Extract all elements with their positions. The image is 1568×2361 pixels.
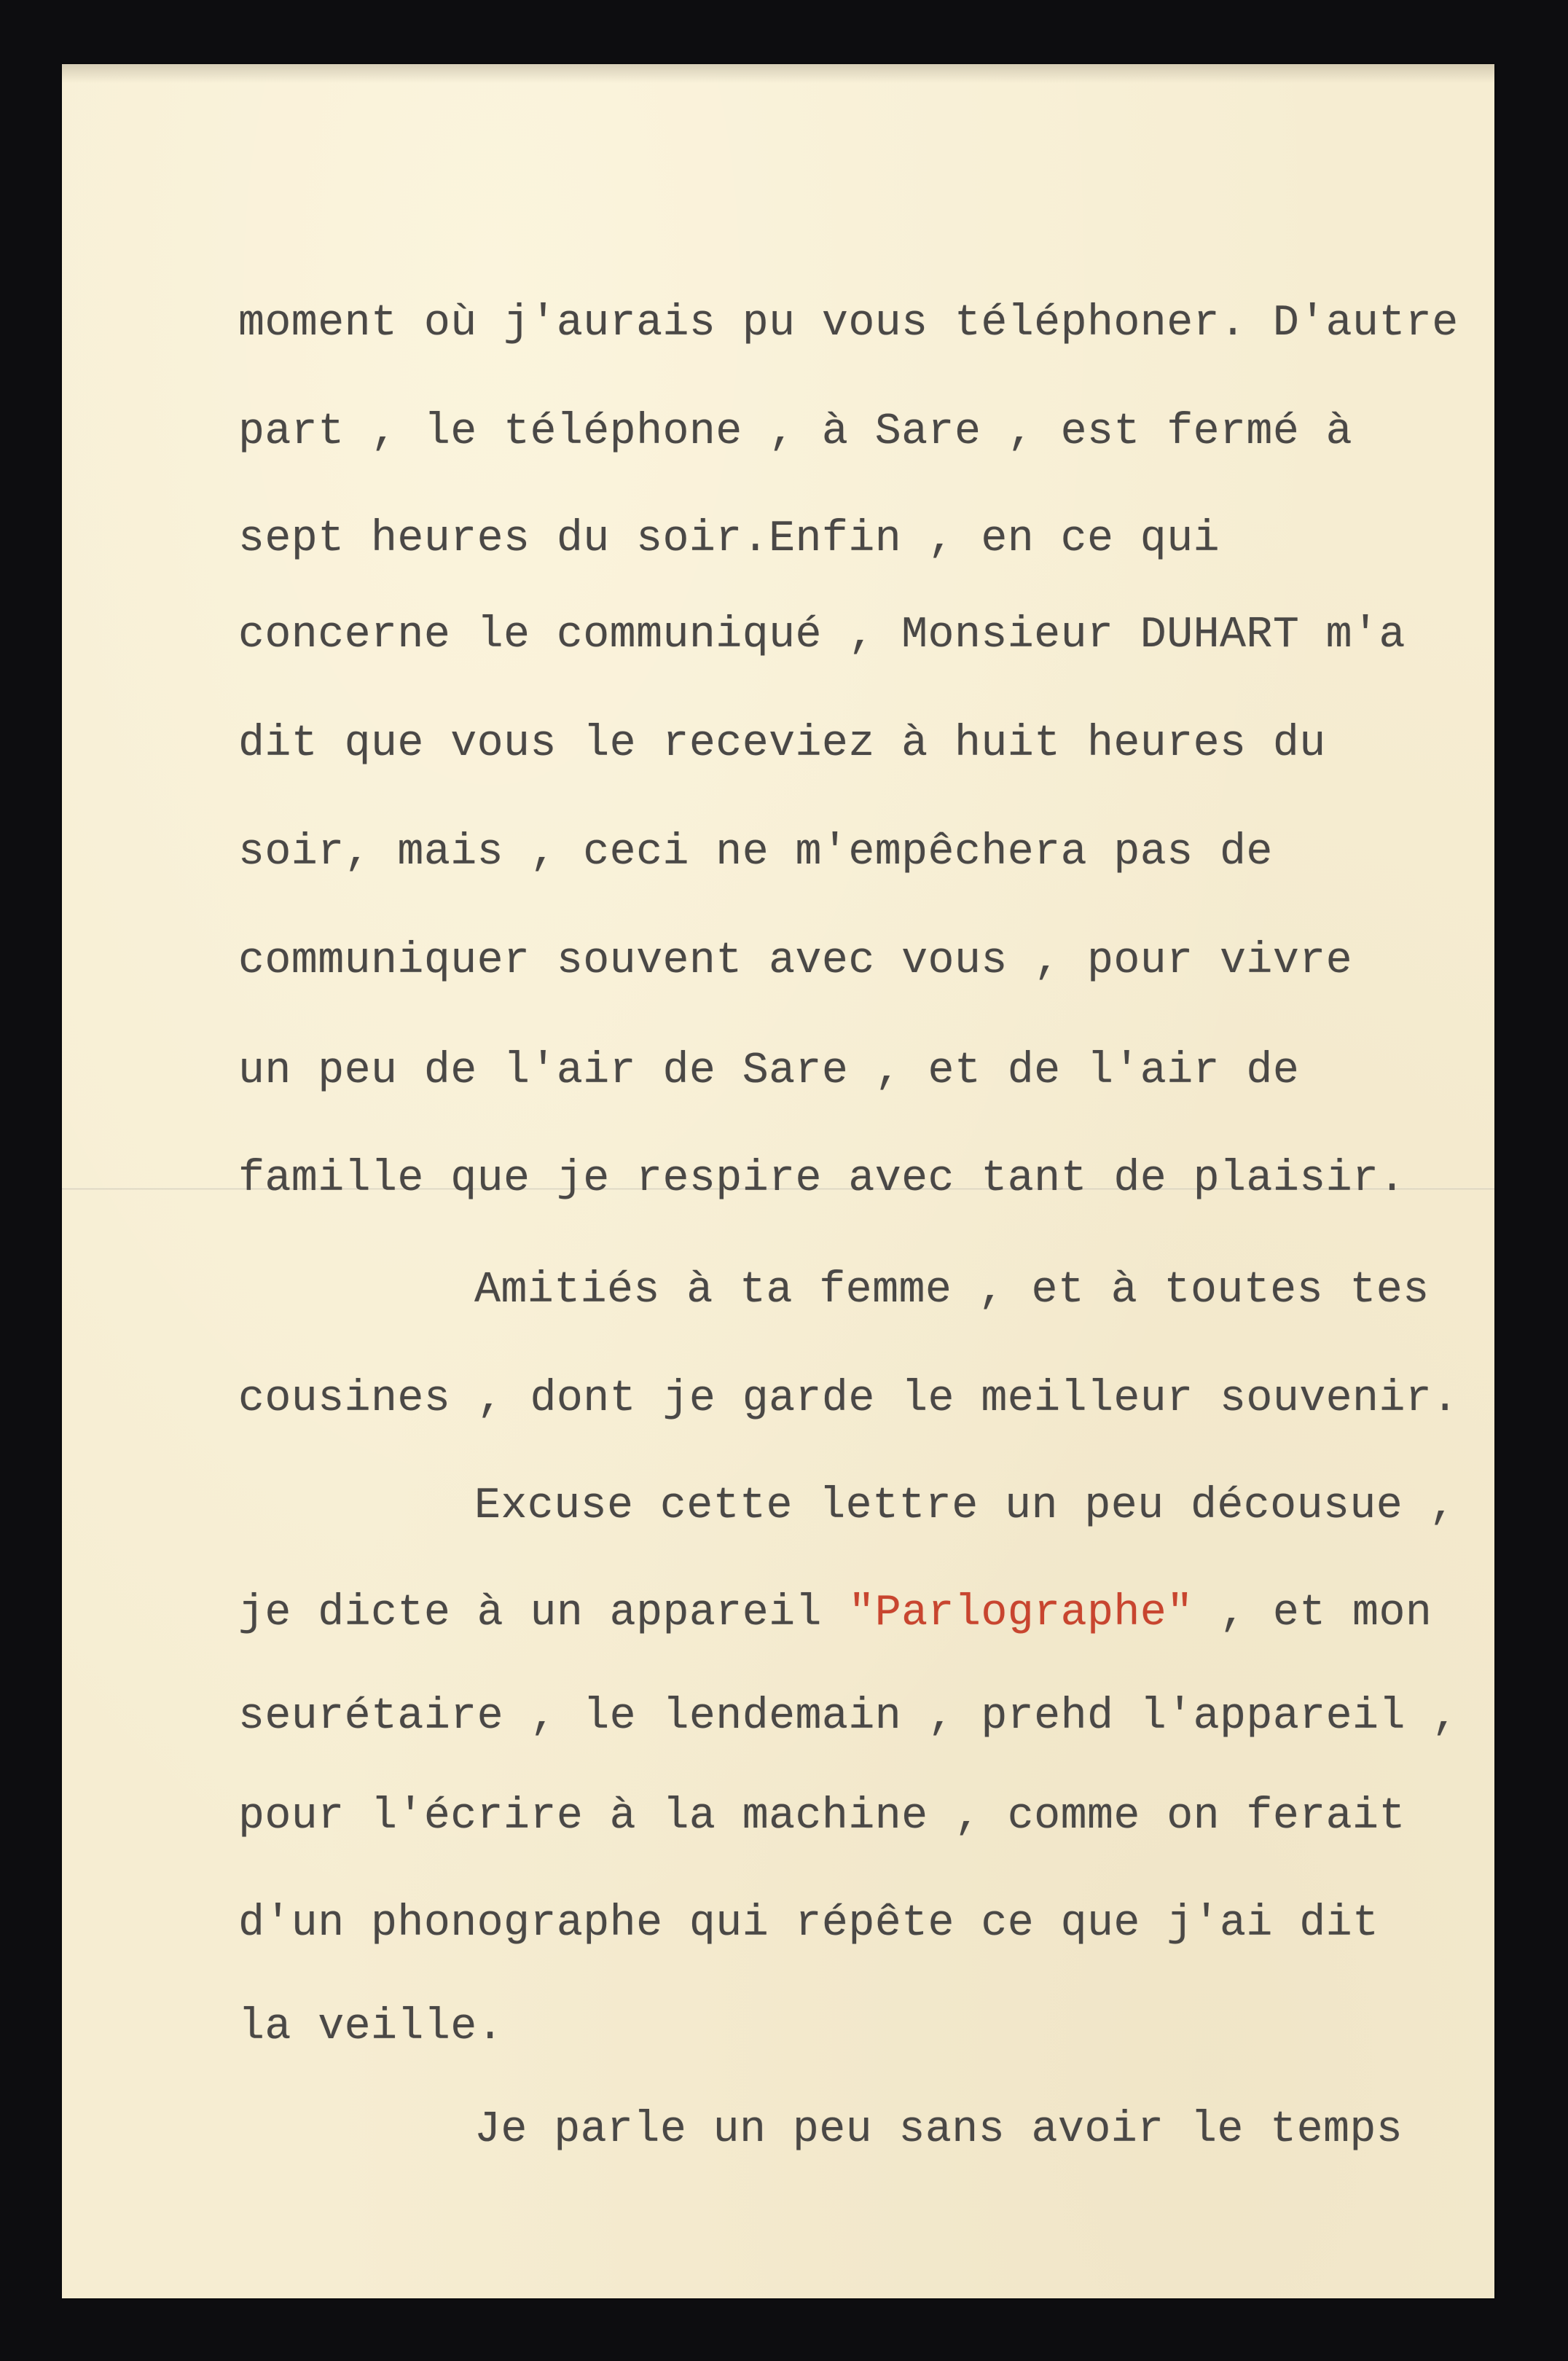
letter-line-5: dit que vous le receviez à huit heures d… [238,711,1326,777]
letter-line-17: la veille. [238,1994,503,2060]
letter-line-12: Excuse cette lettre un peu décousue , [474,1473,1456,1539]
letter-line-4: concerne le communiqué , Monsieur DUHART… [238,603,1406,668]
letter-line-3: sept heures du soir.Enfin , en ce qui [238,506,1220,572]
paper-top-edge-soiling [62,64,1494,83]
letter-line-13-after: , et mon [1193,1589,1432,1638]
letter-line-10: Amitiés à ta femme , et à toutes tes [474,1258,1430,1323]
letter-line-7: communiquer souvent avec vous , pour viv… [238,928,1352,994]
letter-page: moment où j'aurais pu vous téléphoner. D… [62,64,1494,2298]
letter-line-13: je dicte à un appareil "Parlographe" , e… [238,1581,1432,1646]
letter-line-11: cousines , dont je garde le meilleur sou… [238,1366,1459,1432]
letter-line-18: Je parle un peu sans avoir le temps [474,2097,1403,2163]
letter-line-16: d'un phonographe qui répête ce que j'ai … [238,1891,1379,1957]
parlographe-red-text: "Parlographe" [848,1589,1193,1638]
letter-line-1: moment où j'aurais pu vous téléphoner. D… [238,291,1459,356]
letter-line-8: un peu de l'air de Sare , et de l'air de [238,1038,1299,1104]
letter-line-15: pour l'écrire à la machine , comme on fe… [238,1784,1406,1849]
letter-line-2: part , le téléphone , à Sare , est fermé… [238,399,1352,465]
letter-line-14: seurétaire , le lendemain , prehd l'appa… [238,1684,1459,1750]
letter-line-6: soir, mais , ceci ne m'empêchera pas de [238,820,1273,885]
letter-line-9: famille que je respire avec tant de plai… [238,1146,1406,1212]
letter-line-13-before: je dicte à un appareil [238,1589,848,1638]
